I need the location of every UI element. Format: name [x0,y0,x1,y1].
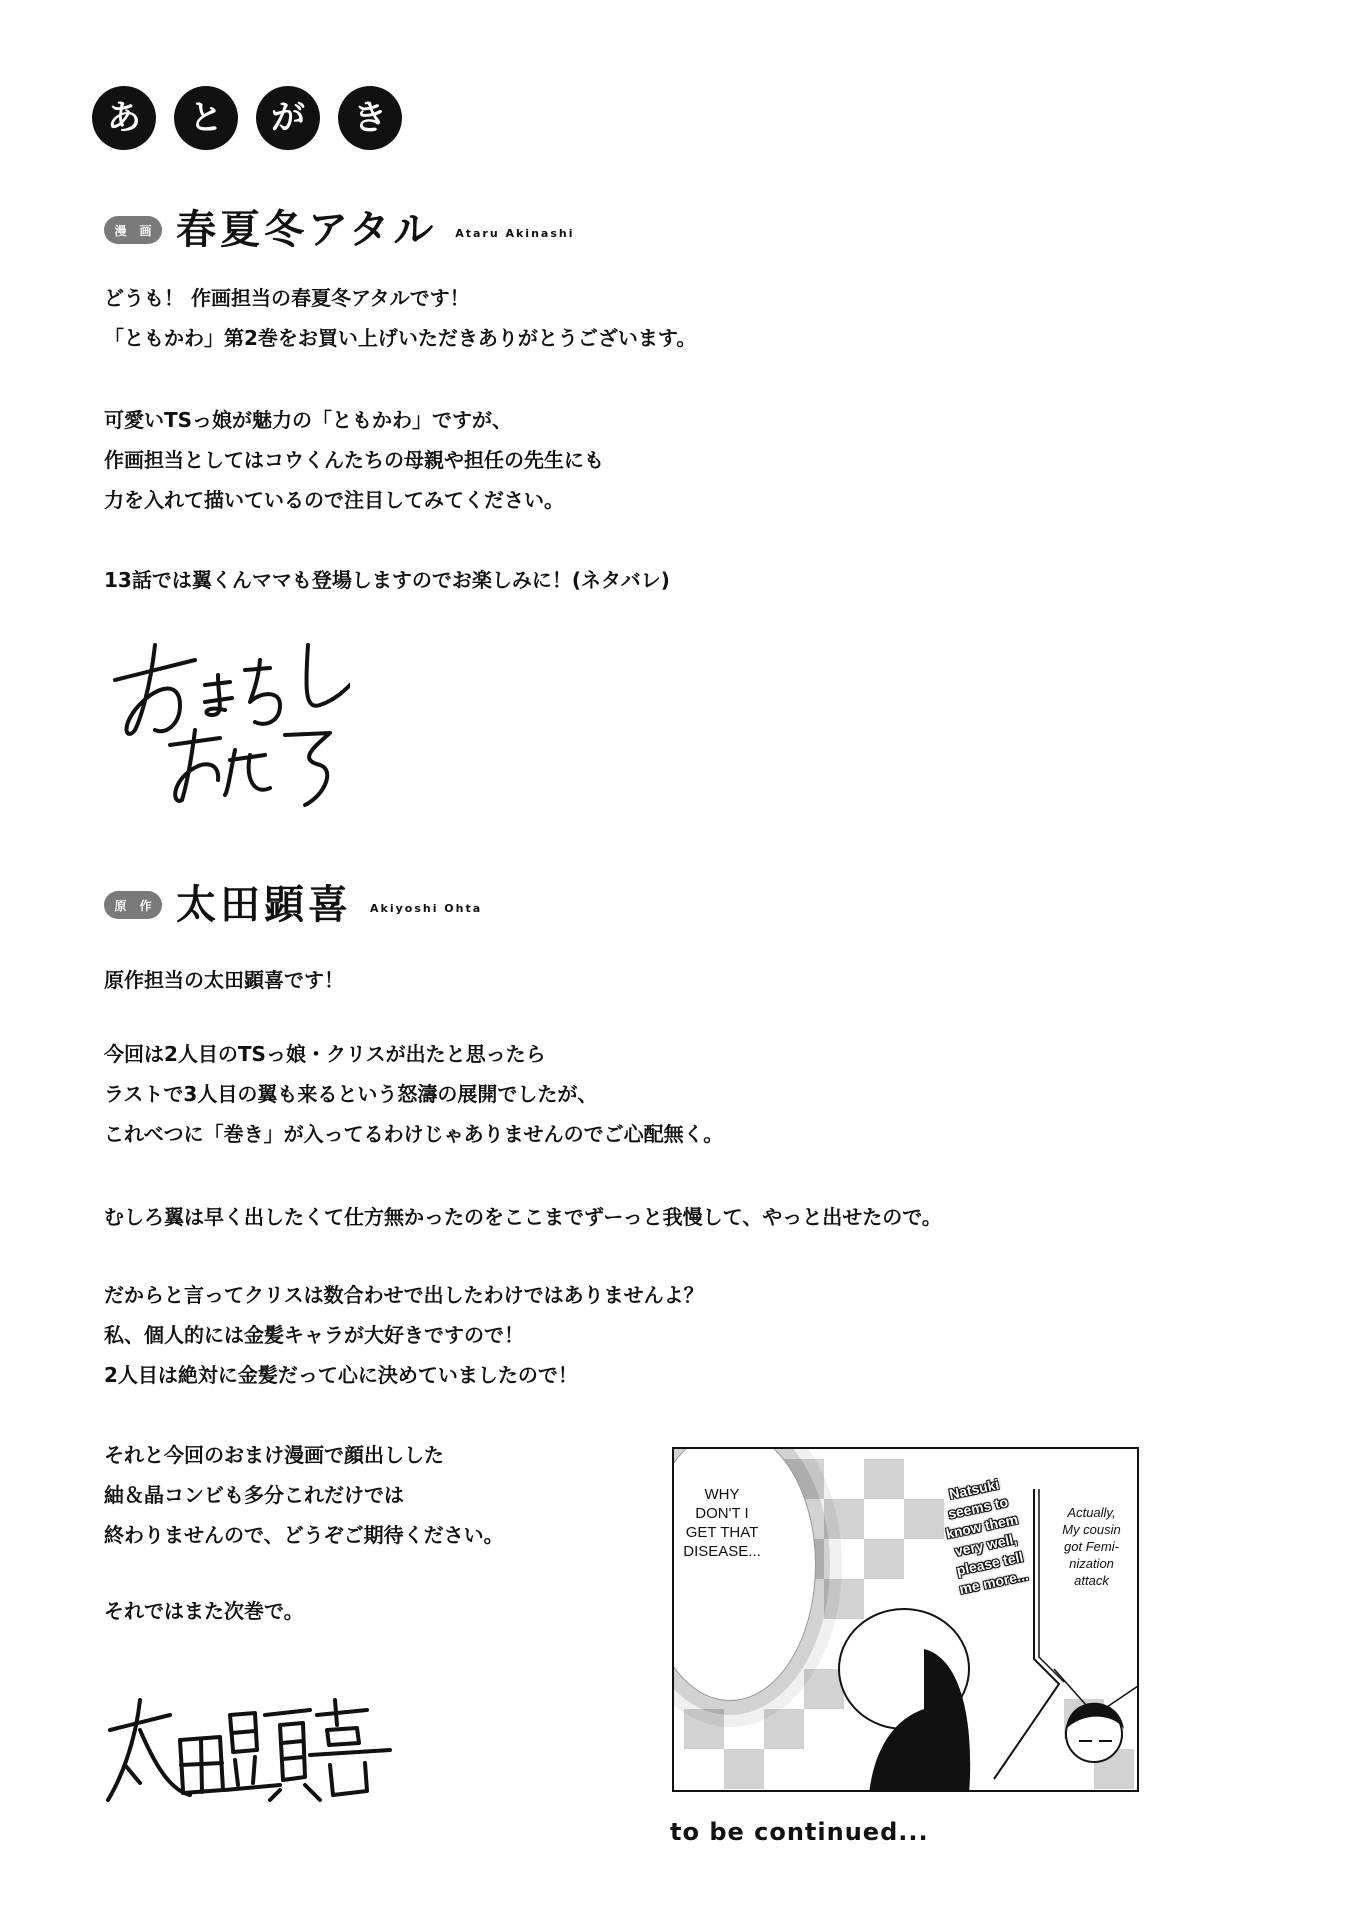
bubble-line: got Femi- [1049,1538,1134,1555]
role-badge-char: 漫 [114,222,126,239]
artist-paragraph: 13話では翼くんママも登場しますのでお楽しみに！(ネタバレ) [104,560,670,600]
role-badge-manga: 漫 画 [104,216,162,244]
author-heading: 原 作 太田顕喜 Akiyoshi Ohta [104,885,482,925]
text-line: それではまた次巻で。 [104,1591,304,1631]
text-line: 2人目は絶対に金髪だって心に決めていましたので！ [104,1355,704,1395]
artist-signature [110,630,350,810]
author-paragraph: 原作担当の太田顕喜です！ [104,960,344,1000]
text-line: 力を入れて描いているので注目してみてください。 [104,480,604,520]
bonus-manga-panel: WHY DON'T I GET THAT DISEASE... Natsuki … [672,1447,1139,1792]
author-romaji: Akiyoshi Ohta [370,902,482,915]
author-name: 太田顕喜 [176,885,352,925]
author-paragraph: それと今回のおまけ漫画で顔出しした 紬＆晶コンビも多分これだけでは 終わりません… [104,1435,504,1555]
text-line: それと今回のおまけ漫画で顔出しした [104,1435,504,1475]
role-badge-char: 作 [139,897,151,914]
text-line: 13話では翼くんママも登場しますのでお楽しみに！(ネタバレ) [104,560,670,600]
text-line: 「ともかわ」第2巻をお買い上げいただきありがとうございます。 [104,318,696,358]
bubble-outline-text: Natsuki seems to know them very well, pl… [918,1469,1049,1603]
text-line: 可愛いTSっ娘が魅力の「ともかわ」ですが、 [104,400,604,440]
bubble-line: My cousin [1049,1521,1134,1538]
text-line: むしろ翼は早く出したくて仕方無かったのをここまでずーっと我慢して、やっと出せたの… [104,1197,942,1237]
title-char-circle: が [256,86,320,150]
author-paragraph: むしろ翼は早く出したくて仕方無かったのをここまでずーっと我慢して、やっと出せたの… [104,1197,942,1237]
artist-paragraph: 可愛いTSっ娘が魅力の「ともかわ」ですが、 作画担当としてはコウくんたちの母親や… [104,400,604,520]
text-line: ラストで3人目の翼も来るという怒濤の展開でしたが、 [104,1074,723,1114]
artist-paragraph: どうも！ 作画担当の春夏冬アタルです！ 「ともかわ」第2巻をお買い上げいただきあ… [104,278,696,358]
bubble-line: nization [1049,1555,1134,1572]
artist-romaji: Ataru Akinashi [455,227,574,240]
bubble-italic-text: Actually, My cousin got Femi- nization a… [1049,1504,1134,1589]
to-be-continued-text: to be continued... [670,1818,929,1846]
title-char-circle: あ [92,86,156,150]
bubble-line: Actually, [1049,1504,1134,1521]
author-signature [105,1695,395,1815]
author-paragraph: 今回は2人目のTSっ娘・クリスが出たと思ったら ラストで3人目の翼も来るという怒… [104,1034,723,1154]
artist-heading: 漫 画 春夏冬アタル Ataru Akinashi [104,210,575,250]
afterword-title: あ と が き [92,86,402,150]
title-char-circle: き [338,86,402,150]
artist-name: 春夏冬アタル [176,210,437,250]
text-line: 終わりませんので、どうぞご期待ください。 [104,1515,504,1555]
text-line: 今回は2人目のTSっ娘・クリスが出たと思ったら [104,1034,723,1074]
author-paragraph: それではまた次巻で。 [104,1591,304,1631]
text-line: 原作担当の太田顕喜です！ [104,960,344,1000]
author-paragraph: だからと言ってクリスは数合わせで出したわけではありませんよ？ 私、個人的には金髪… [104,1275,704,1395]
title-char-circle: と [174,86,238,150]
text-line: 紬＆晶コンビも多分これだけでは [104,1475,504,1515]
text-line: 私、個人的には金髪キャラが大好きですので！ [104,1315,704,1355]
role-badge-char: 画 [139,222,151,239]
text-line: だからと言ってクリスは数合わせで出したわけではありませんよ？ [104,1275,704,1315]
role-badge-original: 原 作 [104,891,162,919]
speech-pointer-lines [674,1449,1139,1792]
text-line: 作画担当としてはコウくんたちの母親や担任の先生にも [104,440,604,480]
role-badge-char: 原 [114,897,126,914]
text-line: どうも！ 作画担当の春夏冬アタルです！ [104,278,696,318]
bubble-line: attack [1049,1572,1134,1589]
text-line: これべつに「巻き」が入ってるわけじゃありませんのでご心配無く。 [104,1114,723,1154]
